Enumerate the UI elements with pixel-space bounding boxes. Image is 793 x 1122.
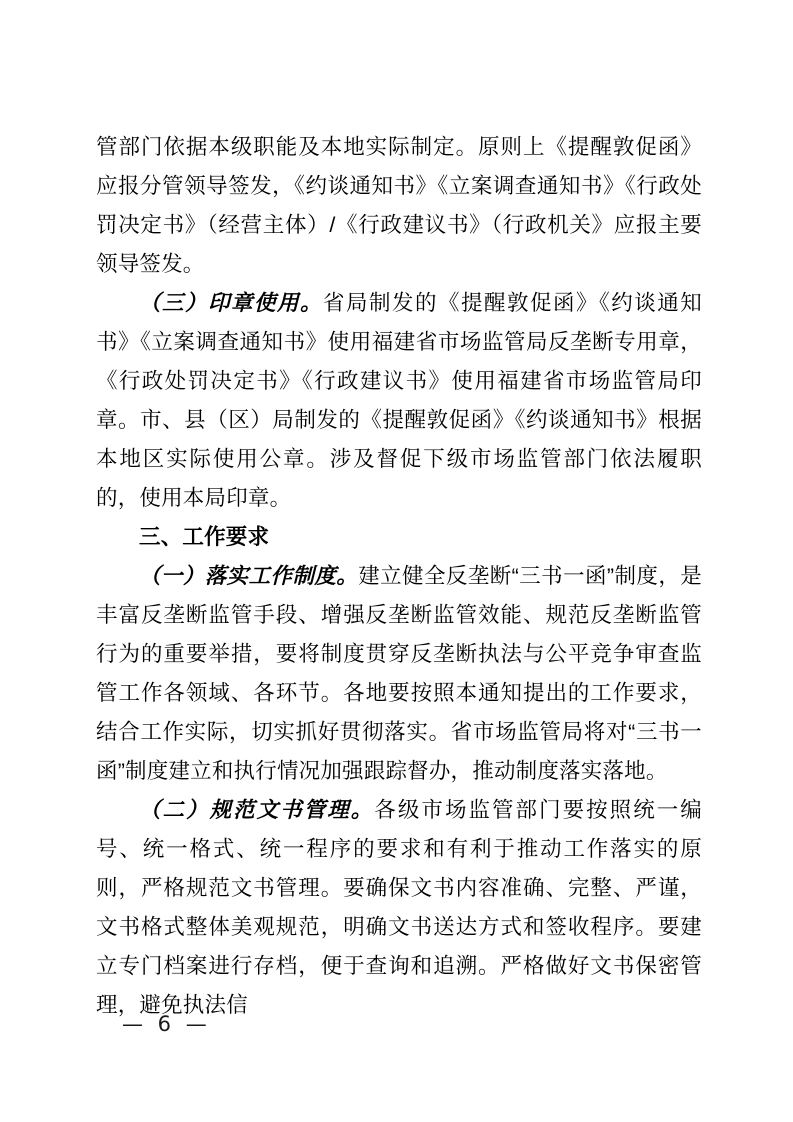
page-number: — 6 — xyxy=(122,1012,211,1036)
paragraph-seal-usage: （三）印章使用。省局制发的《提醒敦促函》《约谈通知书》《立案调查通知书》使用福建… xyxy=(96,284,702,518)
paragraph-implement-system: （一）落实工作制度。建立健全反垄断“三书一函”制度，是丰富反垄断监管手段、增强反… xyxy=(96,557,702,791)
paragraph-text-document-management: 各级市场监管部门要按照统一编号、统一格式、统一程序的要求和有利于推动工作落实的原… xyxy=(96,798,702,1017)
paragraph-lead-document-management: （二）规范文书管理。 xyxy=(139,798,374,822)
paragraph-document-management: （二）规范文书管理。各级市场监管部门要按照统一编号、统一格式、统一程序的要求和有… xyxy=(96,791,702,1025)
paragraph-continued-from-previous-page: 管部门依据本级职能及本地实际制定。原则上《提醒敦促函》应报分管领导签发，《约谈通… xyxy=(96,128,702,284)
paragraph-text-implement-system: 建立健全反垄断“三书一函”制度，是丰富反垄断监管手段、增强反垄断监管效能、规范反… xyxy=(96,564,702,783)
paragraph-lead-implement-system: （一）落实工作制度。 xyxy=(139,564,358,588)
section-heading-work-requirements: 三、工作要求 xyxy=(96,518,702,557)
paragraph-text-seal-usage: 省局制发的《提醒敦促函》《约谈通知书》《立案调查通知书》使用福建省市场监管局反垄… xyxy=(96,291,702,510)
document-body: 管部门依据本级职能及本地实际制定。原则上《提醒敦促函》应报分管领导签发，《约谈通… xyxy=(96,128,702,1025)
paragraph-lead-seal-usage: （三）印章使用。 xyxy=(139,291,323,315)
document-page: 管部门依据本级职能及本地实际制定。原则上《提醒敦促函》应报分管领导签发，《约谈通… xyxy=(0,0,793,1122)
